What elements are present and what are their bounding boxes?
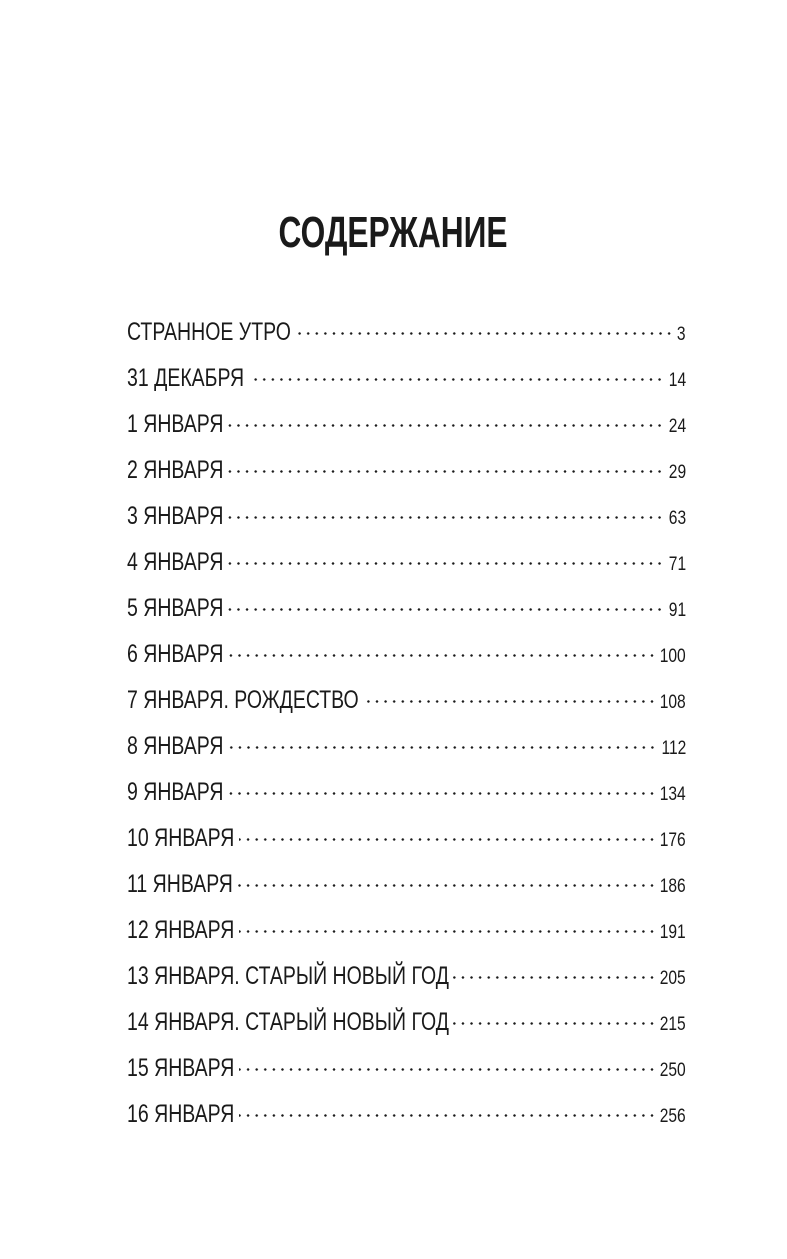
- toc-entry: 12 ЯНВАРЯ 191: [127, 908, 686, 954]
- toc-entry-title: 3 ЯНВАРЯ: [127, 501, 223, 531]
- toc-entry: 10 ЯНВАРЯ 176: [127, 816, 686, 862]
- dot-leader: [295, 310, 673, 340]
- toc-entry: СТРАННОЕ УТРО 3: [127, 310, 686, 356]
- toc-entry: 1 ЯНВАРЯ 24: [127, 402, 686, 448]
- toc-entry: 13 ЯНВАРЯ. СТАРЫЙ НОВЫЙ ГОД 205: [127, 954, 686, 1000]
- toc-entry: 15 ЯНВАРЯ 250: [127, 1046, 686, 1092]
- toc-entry-title: СТРАННОЕ УТРО: [127, 317, 291, 347]
- dot-leader: [228, 724, 657, 754]
- toc-entry: 8 ЯНВАРЯ 112: [127, 724, 686, 770]
- toc-entry-page-number: 63: [669, 504, 686, 534]
- dot-leader: [239, 908, 656, 938]
- toc-entry: 7 ЯНВАРЯ. РОЖДЕСТВО 108: [127, 678, 686, 724]
- toc-entry-page-number: 14: [669, 366, 686, 396]
- toc-entry-title: 2 ЯНВАРЯ: [127, 455, 223, 485]
- toc-entry: 3 ЯНВАРЯ 63: [127, 494, 686, 540]
- toc-entry-page-number: 186: [660, 872, 686, 902]
- page-title: СОДЕРЖАНИЕ: [0, 208, 787, 258]
- toc-entry-page-number: 112: [661, 734, 686, 764]
- toc-entry-page-number: 71: [669, 550, 686, 580]
- toc-entry-page-number: 134: [660, 780, 686, 810]
- toc-entry: 31 ДЕКАБРЯ 14: [127, 356, 686, 402]
- toc-entry-title: 1 ЯНВАРЯ: [127, 409, 223, 439]
- toc-entry-page-number: 191: [660, 918, 686, 948]
- toc-entry-page-number: 215: [660, 1010, 686, 1040]
- toc-entry-page-number: 3: [677, 320, 686, 350]
- toc-entry-title: 5 ЯНВАРЯ: [127, 593, 223, 623]
- toc-entry-title: 7 ЯНВАРЯ. РОЖДЕСТВО: [127, 685, 359, 715]
- dot-leader: [228, 586, 664, 616]
- toc-entry: 2 ЯНВАРЯ 29: [127, 448, 686, 494]
- toc-entry-page-number: 91: [669, 596, 686, 626]
- dot-leader: [239, 1092, 656, 1122]
- dot-leader: [249, 356, 664, 386]
- toc-entry: 4 ЯНВАРЯ 71: [127, 540, 686, 586]
- dot-leader: [453, 1000, 656, 1030]
- toc-entry-page-number: 108: [660, 688, 686, 718]
- dot-leader: [228, 540, 664, 570]
- toc-entry-title: 4 ЯНВАРЯ: [127, 547, 223, 577]
- toc-entry-page-number: 205: [660, 964, 686, 994]
- toc-entry-title: 11 ЯНВАРЯ: [127, 869, 233, 899]
- toc-entry-title: 10 ЯНВАРЯ: [127, 823, 234, 853]
- toc-entry: 5 ЯНВАРЯ 91: [127, 586, 686, 632]
- dot-leader: [363, 678, 656, 708]
- toc-entry-title: 14 ЯНВАРЯ. СТАРЫЙ НОВЫЙ ГОД: [127, 1007, 449, 1037]
- toc-entry-page-number: 176: [660, 826, 686, 856]
- dot-leader: [237, 862, 656, 892]
- toc-entry-page-number: 256: [660, 1102, 686, 1132]
- toc-entry: 16 ЯНВАРЯ 256: [127, 1092, 686, 1138]
- dot-leader: [239, 1046, 656, 1076]
- toc-entry-title: 13 ЯНВАРЯ. СТАРЫЙ НОВЫЙ ГОД: [127, 961, 449, 991]
- toc-entry-title: 16 ЯНВАРЯ: [127, 1099, 234, 1129]
- toc-entry-title: 6 ЯНВАРЯ: [127, 639, 223, 669]
- dot-leader: [228, 632, 656, 662]
- toc-entry-page-number: 100: [660, 642, 686, 672]
- dot-leader: [239, 816, 656, 846]
- toc-entry-title: 12 ЯНВАРЯ: [127, 915, 234, 945]
- toc-entry-page-number: 250: [660, 1056, 686, 1086]
- dot-leader: [228, 770, 656, 800]
- toc-entry: 6 ЯНВАРЯ 100: [127, 632, 686, 678]
- toc-entry: 11 ЯНВАРЯ 186: [127, 862, 686, 908]
- toc-entry: 14 ЯНВАРЯ. СТАРЫЙ НОВЫЙ ГОД 215: [127, 1000, 686, 1046]
- toc-entry-title: 31 ДЕКАБРЯ: [127, 363, 244, 393]
- dot-leader: [228, 402, 664, 432]
- dot-leader: [228, 448, 664, 478]
- toc-entry-page-number: 24: [669, 412, 686, 442]
- toc-entry-title: 8 ЯНВАРЯ: [127, 731, 223, 761]
- toc-entry-title: 15 ЯНВАРЯ: [127, 1053, 234, 1083]
- table-of-contents: СТРАННОЕ УТРО 3 31 ДЕКАБРЯ 14 1 ЯНВАРЯ 2…: [127, 310, 686, 1138]
- dot-leader: [228, 494, 664, 524]
- toc-entry-page-number: 29: [669, 458, 686, 488]
- toc-entry-title: 9 ЯНВАРЯ: [127, 777, 223, 807]
- toc-entry: 9 ЯНВАРЯ 134: [127, 770, 686, 816]
- page-title-text: СОДЕРЖАНИЕ: [279, 208, 508, 258]
- dot-leader: [453, 954, 656, 984]
